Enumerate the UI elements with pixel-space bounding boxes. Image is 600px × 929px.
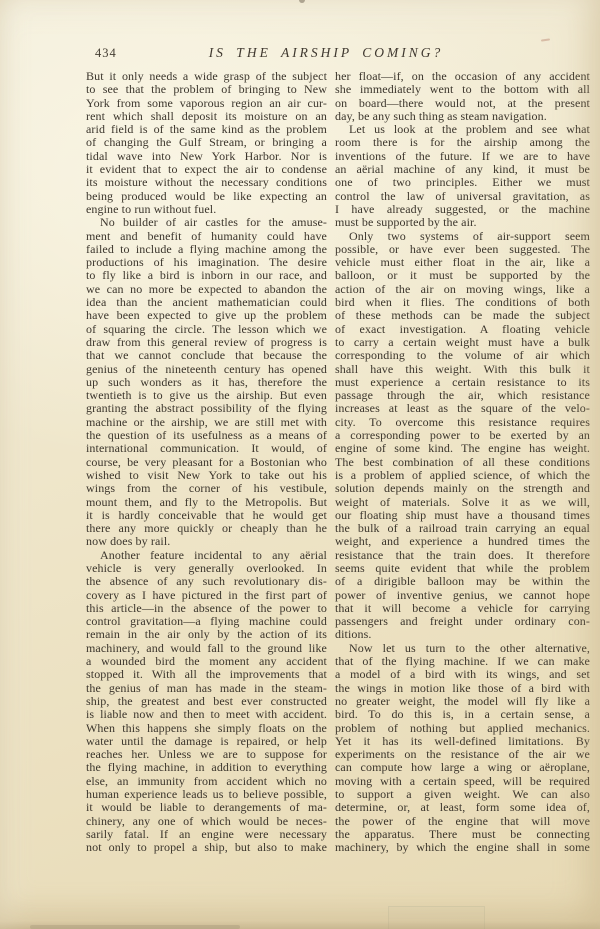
text-line: engine to run without fuel.: [86, 203, 327, 216]
text-line: being produced would be like expecting a…: [86, 190, 327, 203]
text-line: resistance that the train does. It there…: [335, 549, 590, 562]
text-line: When this happens she simply floats on t…: [86, 722, 327, 735]
text-line: York from some vaporous region an air cu…: [86, 97, 327, 110]
text-line: now does by rail.: [86, 535, 327, 548]
text-line: passengers and freight under ordinary co…: [335, 615, 590, 628]
text-line: engine of some kind. The engine has weig…: [335, 442, 590, 455]
text-line: shall have this weight. With this bulk i…: [335, 363, 590, 376]
text-line: I have already suggested, or the machine: [335, 203, 590, 216]
text-line: But it only needs a wide grasp of the su…: [86, 70, 327, 83]
text-line: machinery, and would fall to the ground …: [86, 642, 327, 655]
text-line: genius of the nineteenth century has ope…: [86, 363, 327, 376]
text-line: seems quite evident that while the probl…: [335, 562, 590, 575]
text-line: international communication. It would, o…: [86, 442, 327, 455]
text-line: of changing the Gulf Stream, or bringing…: [86, 136, 327, 149]
text-line: its moisture without the necessary condi…: [86, 176, 327, 189]
text-line: balloon, or it must be supported by the: [335, 269, 590, 282]
text-line: twentieth is to give us the airship. But…: [86, 389, 327, 402]
text-line: water until the damage is repaired, or h…: [86, 735, 327, 748]
text-line: that we cannot conclude that because the: [86, 349, 327, 362]
text-line: of these methods can be made the subject: [335, 309, 590, 322]
text-line: no greater weight, the model will fly li…: [335, 695, 590, 708]
text-line: vehicle must either float in the air, li…: [335, 256, 590, 269]
text-line: control gravitation—a flying machine cou…: [86, 615, 327, 628]
text-line: increases at least as the square of the …: [335, 402, 590, 415]
text-line: control the law of universal gravitation…: [335, 190, 590, 203]
text-line: power of inventive genius, we cannot hop…: [335, 589, 590, 602]
text-line: there any more quickly or cheaply than h…: [86, 522, 327, 535]
page-number: 434: [95, 46, 117, 61]
text-line: a corresponding power to be exerted by a…: [335, 429, 590, 442]
text-line: arid field is of the same kind as the pr…: [86, 123, 327, 136]
text-line: remain in the air only by the action of …: [86, 628, 327, 641]
text-line: bird. To do this is, in a certain sense,…: [335, 708, 590, 721]
text-line: productions of his imagination. The desi…: [86, 256, 327, 269]
text-line: vehicle is very generally overlooked. In: [86, 562, 327, 575]
text-line: weight, and experience a hundred times t…: [335, 535, 590, 548]
text-line: is a problem of applied science, of whic…: [335, 469, 590, 482]
text-line: room there is for the airship among the: [335, 136, 590, 149]
text-line: of exact investigation. A floating vehic…: [335, 323, 590, 336]
text-line: Now let us turn to the other alternative…: [335, 642, 590, 655]
text-line: Only two systems of air-support seem: [335, 230, 590, 243]
text-line: that of the flying machine. If we can ma…: [335, 655, 590, 668]
text-line: moving with a certain speed, will be req…: [335, 775, 590, 788]
text-line: ship, the greatest and best ever constru…: [86, 695, 327, 708]
text-line: idea than the ancient mathematician coul…: [86, 296, 327, 309]
text-line: that it will become a vehicle for carryi…: [335, 602, 590, 615]
text-line: course, be very pleasant for a Bostonian…: [86, 456, 327, 469]
text-line: rent which shall deposit its moisture on…: [86, 110, 327, 123]
text-line: this article—in the absence of the power…: [86, 602, 327, 615]
text-line: of squaring the circle. The lesson which…: [86, 323, 327, 336]
text-line: not only to propel a ship, but also to m…: [86, 841, 327, 854]
text-line: mount them, and fly to the Metropolis. B…: [86, 496, 327, 509]
text-line: it evident that to expect the air to con…: [86, 163, 327, 176]
text-line: she immediately went to the bottom with …: [335, 83, 590, 96]
text-line: the apparatus. There must be connecting: [335, 828, 590, 841]
text-line: must be supported by the air.: [335, 216, 590, 229]
text-line: No builder of air castles for the amuse-: [86, 216, 327, 229]
text-line: day, be any such thing as steam navigati…: [335, 110, 590, 123]
text-line: the absence of any such revolutionary di…: [86, 575, 327, 588]
text-column-right: her float—if, on the occasion of any acc…: [335, 70, 590, 855]
text-line: to carry a certain weight must have a bu…: [335, 336, 590, 349]
text-line: ment and benefit of humanity could have: [86, 230, 327, 243]
text-line: a model of a bird with its wings, and se…: [335, 668, 590, 681]
text-line: covery as I have pictured in the first p…: [86, 589, 327, 602]
text-line: else, an immunity from accident which no: [86, 775, 327, 788]
text-line: granting the abstract possibility of the…: [86, 402, 327, 415]
text-line: draw from this general review of progres…: [86, 336, 327, 349]
text-line: wings from the corner of his vestibule,: [86, 482, 327, 495]
text-line: her float—if, on the occasion of any acc…: [335, 70, 590, 83]
text-line: machine or the airship, we are still met…: [86, 416, 327, 429]
text-line: the question of its usefulness as a mean…: [86, 429, 327, 442]
text-line: experiments on the resistance of the air…: [335, 748, 590, 761]
text-column-left: But it only needs a wide grasp of the su…: [86, 70, 327, 855]
text-line: the power of the engine that will move: [335, 815, 590, 828]
text-line: reaches her. Unless we are to suppose fo…: [86, 748, 327, 761]
text-line: city. To overcome this resistance requir…: [335, 416, 590, 429]
text-line: Let us look at the problem and see what: [335, 123, 590, 136]
page-header: 434 IS THE AIRSHIP COMING?: [0, 0, 600, 62]
text-line: the flying machine, in addition to every…: [86, 761, 327, 774]
text-line: inventions of the future. If we are to h…: [335, 150, 590, 163]
text-line: Another feature incidental to any aërial: [86, 549, 327, 562]
text-line: sarily fatal. If an engine were necessar…: [86, 828, 327, 841]
text-line: chinery, any one of which would be neces…: [86, 815, 327, 828]
text-line: the genius of man has made in the steam-: [86, 682, 327, 695]
text-line: action of the air on moving wings, like …: [335, 283, 590, 296]
text-line: solution depends mainly on the strength …: [335, 482, 590, 495]
text-line: it would be liable to derangements of ma…: [86, 801, 327, 814]
text-line: to support a given weight. We can also: [335, 788, 590, 801]
text-line: machinery, by which the engine shall in …: [335, 841, 590, 854]
text-line: passage through the air, which resistanc…: [335, 389, 590, 402]
text-line: corresponding to the volume of air which: [335, 349, 590, 362]
text-line: possible, or have ever been suggested. T…: [335, 243, 590, 256]
text-line: on board—there would not, at the present: [335, 97, 590, 110]
text-line: to see that the problem of bringing to N…: [86, 83, 327, 96]
text-line: Yet it has its well-defined limitations.…: [335, 735, 590, 748]
text-line: our floating ship must have a thousand t…: [335, 509, 590, 522]
text-line: The best combination of all these condit…: [335, 456, 590, 469]
text-line: wished to visit New York to take out his: [86, 469, 327, 482]
text-line: of a dirigible balloon may be within the: [335, 575, 590, 588]
text-line: stopped it. With all the improvements th…: [86, 668, 327, 681]
text-line: must experience a certain resistance to …: [335, 376, 590, 389]
text-line: we can no more be expected to abandon th…: [86, 283, 327, 296]
text-line: the bulk of a railroad train carrying an…: [335, 522, 590, 535]
text-line: is liable now and then to meet with acci…: [86, 708, 327, 721]
page-bottom-edge-line: [30, 925, 240, 929]
text-line: to fly like a bird is inborn in our race…: [86, 269, 327, 282]
text-line: tidal wave into New York Harbor. Nor is: [86, 150, 327, 163]
text-line: determine, or, at least, form some idea …: [335, 801, 590, 814]
text-line: one of two principles. Either we must: [335, 176, 590, 189]
text-line: it is hardly conceivable that he would g…: [86, 509, 327, 522]
text-line: can compute how large a wing or aëroplan…: [335, 761, 590, 774]
running-title: IS THE AIRSHIP COMING?: [209, 45, 444, 61]
text-line: a wounded bird the moment any accident: [86, 655, 327, 668]
text-line: bird when it flies. The conditions of bo…: [335, 296, 590, 309]
text-line: have been expected to give up the proble…: [86, 309, 327, 322]
text-line: human experience leads us to believe pos…: [86, 788, 327, 801]
text-line: weight of materials. Solve it as we will…: [335, 496, 590, 509]
text-line: the wings in motion like those of a bird…: [335, 682, 590, 695]
text-line: up such wonders as it has, therefore the: [86, 376, 327, 389]
text-line: ditions.: [335, 628, 590, 641]
scanned-book-page: 434 IS THE AIRSHIP COMING? But it only n…: [0, 0, 600, 929]
text-line: problem of nothing but applied mechanics…: [335, 722, 590, 735]
text-line: failed to include a flying machine among…: [86, 243, 327, 256]
text-line: an aërial machine of any kind, it must b…: [335, 163, 590, 176]
